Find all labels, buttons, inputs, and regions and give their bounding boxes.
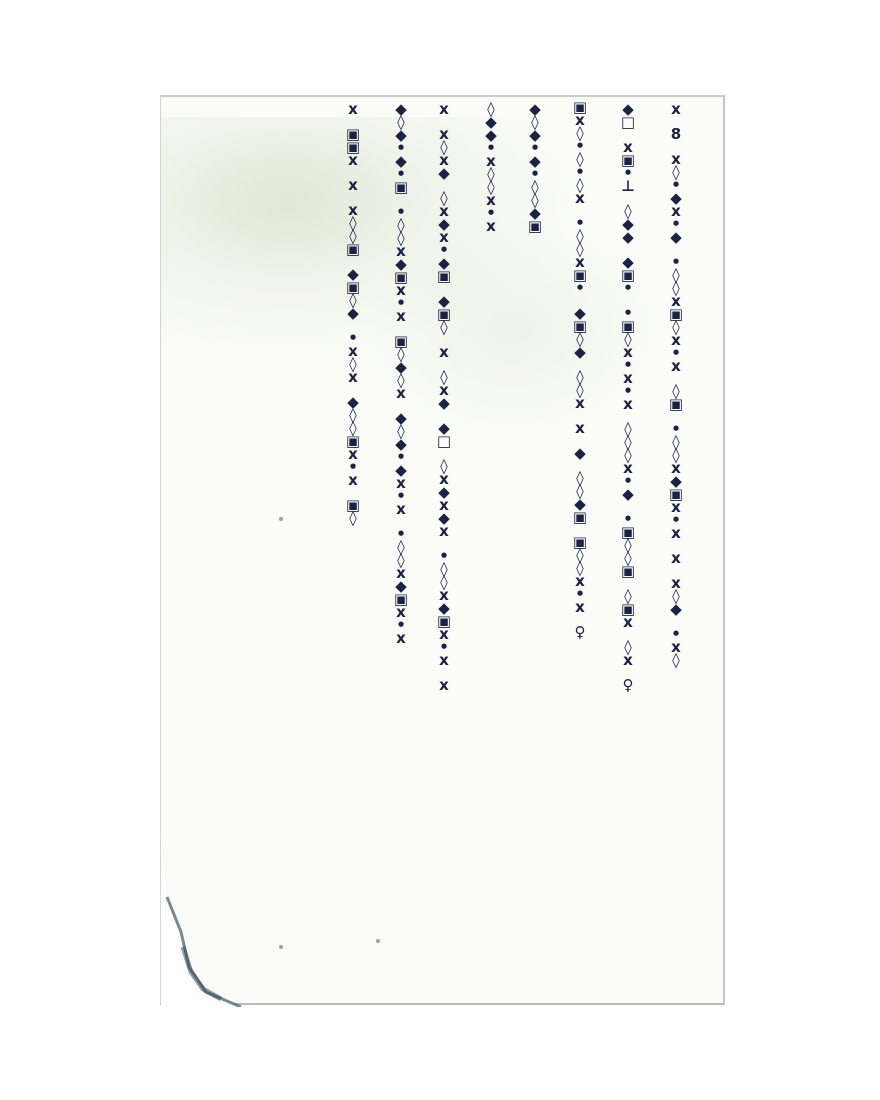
- glyph: x: [666, 527, 686, 540]
- glyph: ◆: [618, 231, 638, 244]
- glyph-word: •x◊: [666, 628, 686, 667]
- glyph: •: [618, 282, 638, 295]
- glyph: x: [618, 398, 638, 411]
- text-column-4: ◆◊◆•◆•◊◊◆▣: [523, 103, 547, 245]
- glyph: x: [434, 346, 454, 359]
- glyph-word: ◊◊◆▣: [570, 472, 590, 524]
- glyph: ▣: [434, 270, 454, 283]
- glyph: ◊: [434, 321, 454, 334]
- paper-speck: [279, 517, 283, 521]
- glyph: •: [570, 282, 590, 295]
- glyph-word: •▣◊x•x•x: [618, 307, 638, 411]
- text-column-8: x▣▣xxx◊◊▣◆▣◊◆•x◊x◆◊◊▣x•x▣◊: [341, 103, 365, 537]
- glyph-word: x: [570, 422, 590, 435]
- glyph-word: ▣x◊•◊•◊x: [570, 101, 590, 205]
- glyph: ◆: [666, 231, 686, 244]
- glyph-word: ◊◆◆•x◊◊x•x: [481, 103, 501, 233]
- glyph: ♀: [570, 626, 590, 639]
- glyph: x: [570, 422, 590, 435]
- glyph: x: [391, 387, 411, 400]
- glyph: ◊: [666, 654, 686, 667]
- glyph-word: ▣◊◆◊x: [391, 335, 411, 400]
- glyph: □: [434, 435, 454, 448]
- glyph: ▣: [666, 398, 686, 411]
- glyph-word: •◊◊x◆▣x•x: [391, 206, 411, 323]
- glyph-word: ◆□: [618, 103, 638, 129]
- glyph-word: ◊x◆x•◆▣: [434, 192, 454, 283]
- glyph-word: •◊◊x◆▣x•x: [391, 528, 411, 645]
- glyph: ◆: [666, 603, 686, 616]
- text-column-5: ◊◆◆•x◊◊x•x: [479, 103, 503, 245]
- glyph-word: 8: [666, 128, 686, 141]
- paper-speck: [376, 939, 380, 943]
- paper-stain: [161, 117, 581, 357]
- glyph-word: x: [666, 552, 686, 565]
- glyph: x: [391, 503, 411, 516]
- glyph: ▣: [618, 565, 638, 578]
- glyph: x: [570, 397, 590, 410]
- glyph-word: ◊x: [618, 641, 638, 667]
- glyph: x: [391, 310, 411, 323]
- glyph-word: •◊◊x◆▣x•x: [434, 550, 454, 667]
- glyph-word: ◊◊◊x•◆: [618, 423, 638, 501]
- glyph: ◆: [618, 488, 638, 501]
- text-column-6: xx◊x◆◊x◆x•◆▣◆▣◊x◊x◆◆□◊x◆x◆x•◊◊x◆▣x•xx: [432, 103, 456, 704]
- glyph-word: ◊x◆: [434, 371, 454, 410]
- glyph: ◆: [434, 167, 454, 180]
- glyph-word: •x◊x: [343, 332, 363, 384]
- glyph-word: x: [343, 103, 363, 116]
- glyph: x: [434, 103, 454, 116]
- glyph: x: [570, 192, 590, 205]
- glyph: x: [343, 179, 363, 192]
- glyph-word: x◊•◆x•◆: [666, 153, 686, 244]
- glyph-word: •◊◊x▣◊x•x: [666, 256, 686, 373]
- glyph-word: ◆: [570, 447, 590, 460]
- glyph-word: x◊x◆: [434, 128, 454, 180]
- glyph-word: ◆▣•: [618, 256, 638, 295]
- glyph: ◊: [343, 512, 363, 525]
- glyph: x: [481, 220, 501, 233]
- glyph-word: ◆◊◆•◆x•x: [391, 412, 411, 516]
- glyph: ▣: [570, 511, 590, 524]
- text-column-3: ▣x◊•◊•◊x•◊◊x▣•◆▣◊◆◊◊xx◆◊◊◆▣▣◊◊x•x♀: [568, 101, 592, 651]
- paper-speck: [279, 945, 283, 949]
- glyph: ◆: [434, 397, 454, 410]
- glyph-word: ▣▣x: [343, 128, 363, 167]
- glyph: x: [618, 616, 638, 629]
- glyph: x: [434, 525, 454, 538]
- glyph: x: [666, 103, 686, 116]
- torn-corner: [161, 837, 271, 1007]
- glyph: ♀: [618, 679, 638, 692]
- glyph-word: x: [434, 103, 454, 116]
- glyph-word: ◆◊◊▣x•x: [343, 396, 363, 487]
- glyph-word: ◆▣◊◆: [570, 307, 590, 359]
- glyph-word: ◊◆◆: [618, 205, 638, 244]
- document-page: x8x◊•◆x•◆•◊◊x▣◊x•x◊▣•◊◊x◆▣x•xxx◊◆•x◊ ◆□x…: [160, 95, 725, 1005]
- glyph: x: [343, 154, 363, 167]
- glyph-word: •◊◊x◆▣x•x: [666, 423, 686, 540]
- glyph: x: [570, 601, 590, 614]
- glyph: ▣: [525, 220, 545, 233]
- glyph-word: ◆◊◆•◆•◊◊◆▣: [525, 103, 545, 233]
- glyph: x: [434, 654, 454, 667]
- glyph-word: x◊◆: [666, 577, 686, 616]
- glyph-word: ◆◊◆•◆•▣: [391, 103, 411, 194]
- glyph: x: [343, 371, 363, 384]
- text-column-1: x8x◊•◆x•◆•◊◊x▣◊x•x◊▣•◊◊x◆▣x•xxx◊◆•x◊: [664, 103, 688, 679]
- glyph: 8: [666, 128, 686, 141]
- glyph-word: ▣◊◊x•x: [570, 536, 590, 614]
- glyph-word: ◊▣: [666, 385, 686, 411]
- glyph: x: [434, 679, 454, 692]
- glyph: □: [618, 116, 638, 129]
- glyph: ⊥: [618, 180, 638, 193]
- text-column-2: ◆□x▣•⊥◊◆◆◆▣••▣◊x•x•x◊◊◊x•◆•▣◊◊▣◊▣x◊x♀: [616, 103, 640, 704]
- glyph-word: x: [434, 346, 454, 359]
- glyph: x: [666, 360, 686, 373]
- glyph: x: [618, 654, 638, 667]
- glyph-word: ▣◊: [343, 499, 363, 525]
- glyph: x: [343, 103, 363, 116]
- glyph: ◆: [570, 346, 590, 359]
- glyph: ▣: [391, 181, 411, 194]
- glyph-word: ◆▣◊◆: [343, 268, 363, 320]
- text-column-7: ◆◊◆•◆•▣•◊◊x◆▣x•x▣◊◆◊x◆◊◆•◆x•x•◊◊x◆▣x•x: [389, 103, 413, 657]
- glyph-word: x▣•⊥: [618, 141, 638, 193]
- glyph-word: ♀: [618, 679, 638, 692]
- glyph: ◆: [343, 307, 363, 320]
- glyph-word: ◆▣◊: [434, 295, 454, 334]
- glyph-word: x: [434, 679, 454, 692]
- glyph: x: [666, 552, 686, 565]
- glyph-word: ◊▣x: [618, 590, 638, 629]
- glyph-word: ◊◊x: [570, 371, 590, 410]
- glyph-word: ◊x◆x◆x: [434, 460, 454, 538]
- glyph: x: [343, 474, 363, 487]
- glyph: ◆: [570, 447, 590, 460]
- glyph-word: ◆□: [434, 422, 454, 448]
- glyph-word: x: [666, 103, 686, 116]
- glyph-word: x: [343, 179, 363, 192]
- glyph: x: [391, 632, 411, 645]
- glyph-word: ♀: [570, 626, 590, 639]
- glyph-word: •◊◊x▣•: [570, 217, 590, 295]
- glyph-word: x◊◊▣: [343, 204, 363, 256]
- glyph-word: •▣◊◊▣: [618, 513, 638, 578]
- glyph: ▣: [343, 243, 363, 256]
